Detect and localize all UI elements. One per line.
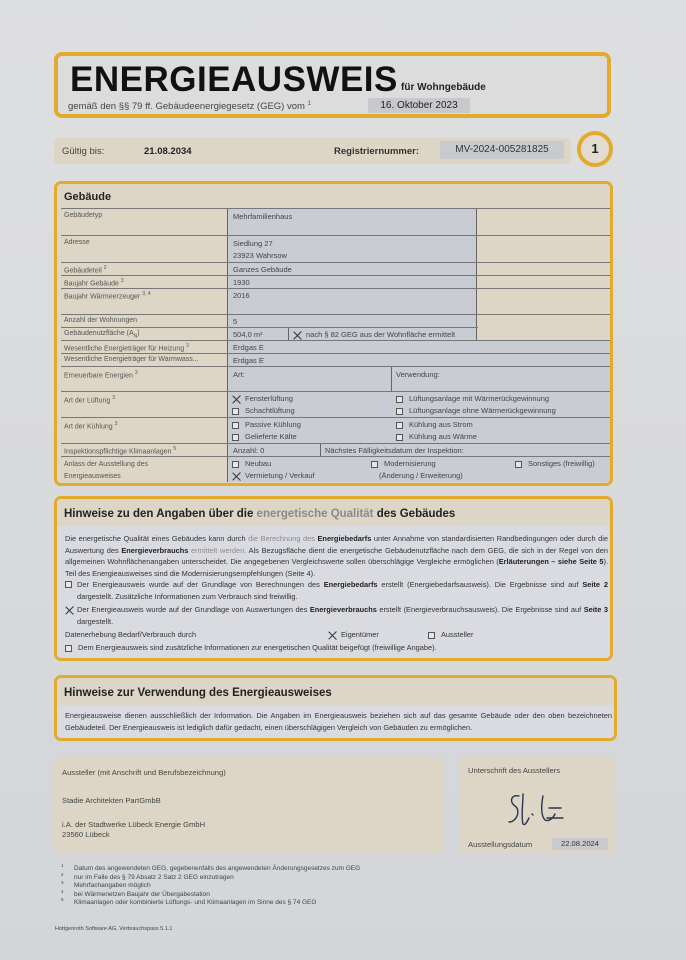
- footnote-number: 4: [61, 889, 64, 894]
- title-part: des Gebäudes: [374, 508, 456, 520]
- checkbox-checked-icon[interactable]: [232, 395, 241, 404]
- row-heating-carrier: Wesentliche Energieträger für Heizung 3 …: [61, 340, 610, 353]
- checkbox-icon[interactable]: [396, 422, 403, 429]
- row-renewable: Erneuerbare Energien 3 Art: Verwendung:: [61, 366, 610, 391]
- footnote-text: nur im Falle des § 79 Absatz 2 Satz 2 GE…: [74, 874, 234, 881]
- label-line2: Energieausweises: [64, 471, 227, 483]
- label: Wesentliche Energieträger für Heizung 3: [61, 341, 227, 353]
- option-label: Sonstiges (freiwillig): [528, 459, 595, 468]
- option-label: (Änderung / Erweiterung): [379, 471, 463, 480]
- label-text: Art der Kühlung: [64, 423, 113, 430]
- issuer-option[interactable]: Aussteller: [428, 629, 473, 641]
- issuer-name: Stadie Architekten PartGmbB: [62, 796, 161, 805]
- title-part: Hinweise zu den Angaben über die: [64, 508, 257, 520]
- address-line2: 23923 Wahrsow: [233, 250, 476, 262]
- registration-label: Registriernummer:: [334, 146, 419, 157]
- footnote-marker: 3: [135, 370, 138, 376]
- row-hot-water-carrier: Wesentliche Energieträger für Warmwass..…: [61, 353, 610, 366]
- checkbox-checked-icon[interactable]: [328, 631, 337, 640]
- checkbox-icon[interactable]: [65, 645, 72, 652]
- footnote-text: Mehrfachangaben möglich: [74, 882, 151, 889]
- text-run: Energiebedarfs: [324, 580, 378, 589]
- text-run: Der Energieausweis wurde auf der Grundla…: [77, 580, 324, 589]
- text-run: Der Energieausweis wurde auf der Grundla…: [77, 605, 310, 614]
- checkbox-checked-icon[interactable]: [293, 331, 302, 340]
- label-end: ): [137, 330, 139, 337]
- label: Anzahl der Wohnungen: [61, 315, 227, 327]
- text-run: die Berechnung des: [248, 534, 317, 543]
- option-demand-certificate: Der Energieausweis wurde auf der Grundla…: [65, 579, 608, 602]
- footnote: 4bei Wärmenetzen Baujahr der Übergabesta…: [58, 891, 360, 900]
- software-credit: Hottgenroth Software AG, Verbrauchspass …: [55, 926, 172, 932]
- checkbox-option[interactable]: Kühlung aus Wärme: [396, 432, 477, 441]
- title-box: ENERGIEAUSWEIS für Wohngebäude gemäß den…: [54, 52, 611, 118]
- aircon-next-inspection: Nächstes Fälligkeitsdatum der Inspektion…: [320, 444, 464, 456]
- checkbox-option[interactable]: Fensterlüftung: [232, 394, 293, 404]
- text-run: Seite 3: [584, 605, 608, 614]
- additional-info-option: Dem Energieausweis sind zusätzliche Info…: [65, 642, 608, 654]
- value: Mehrfamilienhaus: [227, 209, 477, 235]
- info-bar: Gültig bis: 21.08.2034 Registriernummer:…: [54, 138, 571, 164]
- value: 2016: [227, 289, 477, 314]
- row-building-part: Gebäudeteil 2 Ganzes Gebäude: [61, 262, 610, 275]
- option-label: Passive Kühlung: [245, 420, 301, 429]
- label: Baujahr Gebäude 3: [61, 276, 227, 288]
- label: Art der Lüftung 3: [61, 392, 227, 417]
- footnote-marker: 2: [104, 265, 107, 271]
- label-text: Inspektionspflichtige Klimaanlagen: [64, 448, 171, 455]
- row-ventilation: Art der Lüftung 3 FensterlüftungSchachtl…: [61, 391, 610, 417]
- label-text: Gebäudenutzfläche (A: [64, 330, 134, 337]
- checkbox-option[interactable]: Lüftungsanlage mit Wärmerückgewinnung: [396, 394, 549, 403]
- label-text: Erneuerbare Energien: [64, 372, 133, 379]
- footnotes: 1Datum des angewendeten GEG, gegebenenfa…: [58, 865, 360, 908]
- page-number-badge: 1: [577, 131, 613, 167]
- issuer-box: Aussteller (mit Anschrift und Berufsbeze…: [54, 758, 444, 854]
- footnote-number: 3: [61, 880, 64, 885]
- checkbox-checked-icon[interactable]: [232, 472, 241, 481]
- law-reference: gemäß den §§ 79 ff. Gebäudeenergiegesetz…: [68, 101, 311, 112]
- label: Gebäudenutzfläche (AN): [61, 328, 227, 340]
- issuer-label: Aussteller (mit Anschrift und Berufsbeze…: [62, 768, 226, 777]
- data-collection-label: Datenerhebung Bedarf/Verbrauch durch: [65, 630, 196, 639]
- label: Inspektionspflichtige Klimaanlagen 5: [61, 444, 227, 456]
- row-year-building: Baujahr Gebäude 3 1930: [61, 275, 610, 288]
- checkbox-option[interactable]: Lüftungsanlage ohne Wärmerückgewinnung: [396, 406, 556, 415]
- document-title: ENERGIEAUSWEIS: [70, 60, 398, 100]
- label: Anlass der Ausstellung desEnergieausweis…: [61, 457, 227, 482]
- label-text: Art der Lüftung: [64, 397, 110, 404]
- issue-date-label: Ausstellungsdatum: [468, 840, 532, 849]
- footnote-marker: 5: [173, 446, 176, 452]
- checkbox-icon[interactable]: [232, 461, 239, 468]
- footnote-marker: 3: [112, 395, 115, 401]
- value: Erdgas E: [227, 341, 610, 353]
- text-run: Die energetische Qualität eines Gebäudes…: [65, 534, 248, 543]
- text-run: dargestellt. Zusätzliche Informationen z…: [77, 592, 298, 601]
- label: Adresse: [61, 236, 227, 262]
- valid-until-value: 21.08.2034: [144, 146, 192, 157]
- signature-label: Unterschrift des Ausstellers: [468, 766, 560, 775]
- checkbox-icon[interactable]: [428, 632, 435, 639]
- footnote-number: 1: [61, 863, 64, 868]
- label-text: Baujahr Wärmeerzeuger: [64, 293, 140, 300]
- building-section: Gebäude Gebäudetyp Mehrfamilienhaus Adre…: [54, 181, 613, 486]
- value: 504,0 m² nach § 82 GEG aus der Wohnfläch…: [227, 328, 477, 340]
- checkbox-option[interactable]: Neubau: [232, 459, 271, 468]
- row-year-heater: Baujahr Wärmeerzeuger 3, 4 2016: [61, 288, 610, 314]
- value: 1930: [227, 276, 477, 288]
- renewable-kind-label: Art:: [233, 370, 245, 379]
- checkbox-option[interactable]: Sonstiges (freiwillig): [515, 459, 595, 468]
- text-run: erstellt (Energiebedarfsausweis). Die Er…: [378, 580, 583, 589]
- notes-paragraph: Die energetische Qualität eines Gebäudes…: [65, 533, 608, 579]
- checkbox-option[interactable]: (Änderung / Erweiterung): [379, 471, 463, 480]
- footnote-text: Klimaanlagen oder kombinierte Lüftungs- …: [74, 899, 316, 906]
- issuer-label: Aussteller: [441, 630, 473, 639]
- footnote-number: 2: [61, 872, 64, 877]
- footnote-marker: 1: [308, 101, 311, 107]
- document-subtitle: für Wohngebäude: [401, 82, 486, 93]
- value: 5: [227, 315, 477, 327]
- text-run: dargestellt.: [77, 617, 113, 626]
- row-aircon: Inspektionspflichtige Klimaanlagen 5 Anz…: [61, 443, 610, 456]
- text-run: Energiebedarfs: [318, 534, 372, 543]
- footnote: 2nur im Falle des § 79 Absatz 2 Satz 2 G…: [58, 874, 360, 883]
- option-label: Lüftungsanlage mit Wärmerückgewinnung: [409, 394, 549, 403]
- option-label: Neubau: [245, 459, 271, 468]
- handwritten-signature-icon: [505, 788, 575, 833]
- issuer-line1: i.A. der Stadtwerke Lübeck Energie GmbH: [62, 820, 205, 829]
- registration-number: MV-2024-005281825: [440, 141, 564, 159]
- section-title: Hinweise zur Verwendung des Energieauswe…: [57, 678, 614, 705]
- title-part-faded: energetische Qualität: [257, 508, 374, 520]
- checkbox-icon[interactable]: [232, 434, 239, 441]
- checkbox-option[interactable]: Passive Kühlung: [232, 420, 301, 429]
- law-text: gemäß den §§ 79 ff. Gebäudeenergiegesetz…: [68, 101, 305, 112]
- row-address: Adresse Siedlung 2723923 Wahrsow: [61, 235, 610, 262]
- text-run: erstellt (Energieverbrauchsausweis). Die…: [377, 605, 584, 614]
- issue-date-value: 22.08.2024: [552, 838, 608, 850]
- option-label: Gelieferte Kälte: [245, 432, 297, 441]
- aircon-count: Anzahl: 0: [233, 446, 264, 455]
- checkbox-icon[interactable]: [232, 408, 239, 415]
- footnote-marker: 3: [121, 278, 124, 284]
- value: Passive KühlungGelieferte KälteKühlung a…: [227, 418, 610, 443]
- row-apartments: Anzahl der Wohnungen 5: [61, 314, 610, 327]
- additional-info-label: Dem Energieausweis sind zusätzliche Info…: [78, 643, 437, 652]
- label: Baujahr Wärmeerzeuger 3, 4: [61, 289, 227, 314]
- checkbox-checked-icon[interactable]: [65, 606, 74, 615]
- area-note: nach § 82 GEG aus der Wohnfläche ermitte…: [288, 328, 455, 340]
- checkbox-option[interactable]: Vermietung / Verkauf: [232, 471, 315, 481]
- label-text: Gebäudeteil: [64, 267, 102, 274]
- option-label: Lüftungsanlage ohne Wärmerückgewinnung: [409, 406, 556, 415]
- footnote-marker: 3, 4: [142, 291, 150, 297]
- label-text: Wesentliche Energieträger für Heizung: [64, 345, 184, 352]
- area-note-text: nach § 82 GEG aus der Wohnfläche ermitte…: [306, 330, 455, 339]
- label-line1: Anlass der Ausstellung des: [64, 459, 227, 471]
- owner-option[interactable]: Eigentümer: [328, 629, 379, 641]
- checkbox-option[interactable]: Gelieferte Kälte: [232, 432, 297, 441]
- value: Erdgas E: [227, 354, 610, 366]
- option-label: Vermietung / Verkauf: [245, 471, 315, 480]
- label: Gebäudeteil 2: [61, 263, 227, 275]
- usage-text: Energieausweise dienen ausschließlich de…: [65, 710, 612, 733]
- valid-until-label: Gültig bis:: [62, 146, 104, 157]
- option-label: Fensterlüftung: [245, 394, 293, 403]
- value: FensterlüftungSchachtlüftungLüftungsanla…: [227, 392, 610, 417]
- value: NeubauVermietung / VerkaufModernisierung…: [227, 457, 610, 482]
- footnote-text: Datum des angewendeten GEG, gegebenenfal…: [74, 865, 360, 872]
- option-label: Schachtlüftung: [245, 406, 295, 415]
- area-value: 504,0 m²: [233, 330, 263, 339]
- footnote: 5Klimaanlagen oder kombinierte Lüftungs-…: [58, 899, 360, 908]
- checkbox-option[interactable]: Modernisierung: [371, 459, 436, 468]
- renewable-use-label: Verwendung:: [391, 367, 440, 391]
- option-consumption-certificate: Der Energieausweis wurde auf der Grundla…: [65, 604, 608, 627]
- issuer-line2: 23560 Lübeck: [62, 830, 110, 839]
- footnote-marker: 3: [115, 421, 118, 427]
- footnote-text: bei Wärmenetzen Baujahr der Übergabestat…: [74, 891, 210, 898]
- checkbox-icon[interactable]: [65, 581, 72, 588]
- value: Siedlung 2723923 Wahrsow: [227, 236, 477, 262]
- row-building-type: Gebäudetyp Mehrfamilienhaus: [61, 208, 610, 235]
- checkbox-icon[interactable]: [396, 396, 403, 403]
- value: Ganzes Gebäude: [227, 263, 477, 275]
- value: Art: Verwendung:: [227, 367, 610, 391]
- section-title: Hinweise zu den Angaben über die energet…: [57, 499, 610, 526]
- row-usable-area: Gebäudenutzfläche (AN) 504,0 m² nach § 8…: [61, 327, 478, 340]
- footnote: 3Mehrfachangaben möglich: [58, 882, 360, 891]
- checkbox-icon[interactable]: [515, 461, 522, 468]
- value: Anzahl: 0 Nächstes Fälligkeitsdatum der …: [227, 444, 610, 456]
- row-cooling: Art der Kühlung 3 Passive KühlungGeliefe…: [61, 417, 610, 443]
- data-collection-row: Datenerhebung Bedarf/Verbrauch durch Eig…: [65, 629, 608, 641]
- address-line1: Siedlung 27: [233, 238, 476, 250]
- notes-section: Hinweise zu den Angaben über die energet…: [54, 496, 613, 661]
- label: Art der Kühlung 3: [61, 418, 227, 443]
- checkbox-icon[interactable]: [396, 408, 403, 415]
- signature-box: Unterschrift des Ausstellers Ausstellung…: [460, 758, 615, 854]
- label: Gebäudetyp: [61, 209, 227, 235]
- text-run: Energieverbrauchs: [310, 605, 377, 614]
- checkbox-icon[interactable]: [232, 422, 239, 429]
- checkbox-option[interactable]: Kühlung aus Strom: [396, 420, 473, 429]
- text-run: Energieverbrauchs: [121, 546, 188, 555]
- energy-certificate-page: ENERGIEAUSWEIS für Wohngebäude gemäß den…: [0, 0, 686, 960]
- law-date: 16. Oktober 2023: [368, 98, 470, 113]
- option-label: Kühlung aus Strom: [409, 420, 473, 429]
- label-text: Baujahr Gebäude: [64, 280, 119, 287]
- footnote-number: 5: [61, 897, 64, 902]
- option-label: Modernisierung: [384, 459, 436, 468]
- text-run: ermittelt werden.: [188, 546, 246, 555]
- checkbox-icon[interactable]: [371, 461, 378, 468]
- checkbox-option[interactable]: Schachtlüftung: [232, 406, 295, 415]
- footnote-marker: 3: [186, 343, 189, 349]
- footnote: 1Datum des angewendeten GEG, gegebenenfa…: [58, 865, 360, 874]
- label: Erneuerbare Energien 3: [61, 367, 227, 391]
- text-run: Erläuterungen – siehe Seite 5: [499, 557, 604, 566]
- label: Wesentliche Energieträger für Warmwass..…: [61, 354, 227, 366]
- section-title: Gebäude: [57, 184, 610, 206]
- text-run: Seite 2: [582, 580, 608, 589]
- owner-label: Eigentümer: [341, 630, 379, 639]
- checkbox-icon[interactable]: [396, 434, 403, 441]
- row-reason: Anlass der Ausstellung desEnergieausweis…: [61, 456, 610, 482]
- usage-section: Hinweise zur Verwendung des Energieauswe…: [54, 675, 617, 741]
- option-label: Kühlung aus Wärme: [409, 432, 477, 441]
